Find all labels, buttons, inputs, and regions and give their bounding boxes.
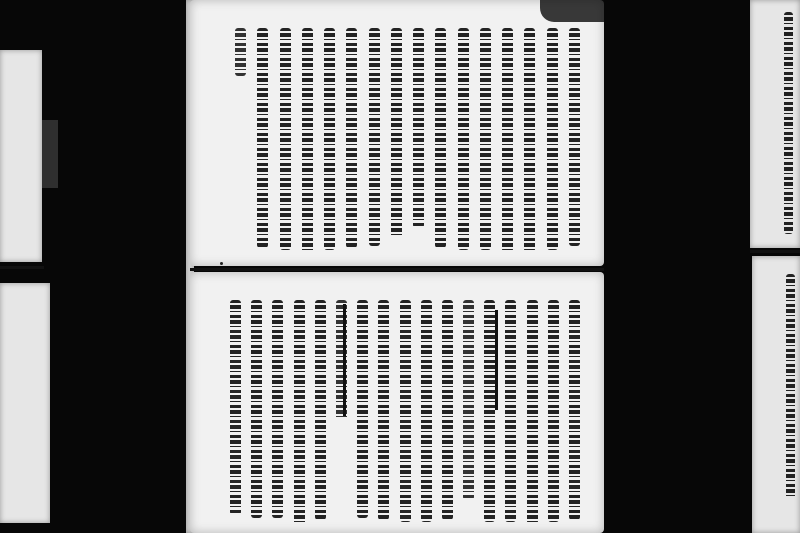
right-leaf-top xyxy=(750,0,800,248)
text-line xyxy=(569,28,580,246)
right-leaf-bottom xyxy=(752,256,800,533)
text-line xyxy=(480,28,491,250)
text-line xyxy=(294,300,305,525)
text-line xyxy=(272,300,283,518)
text-line xyxy=(302,28,313,253)
lower-page: Folio (lower) — handwritten Arabic text,… xyxy=(190,272,604,533)
lower-page-text-block xyxy=(230,300,580,525)
binding-shadow xyxy=(540,0,604,22)
text-line xyxy=(547,28,558,250)
text-line xyxy=(484,300,495,522)
upper-page-text-block xyxy=(235,28,580,253)
upper-page: Folio (upper) — handwritten Arabic text,… xyxy=(190,0,604,266)
text-line xyxy=(369,28,380,246)
text-line xyxy=(251,300,262,518)
page-tab-marker xyxy=(42,120,58,188)
left-leaf-divider xyxy=(0,266,44,269)
ink-spot xyxy=(220,262,223,265)
text-line xyxy=(391,28,402,238)
text-line xyxy=(357,300,368,518)
right-leaf-divider xyxy=(750,250,800,253)
text-line xyxy=(505,300,516,522)
text-line xyxy=(346,28,357,248)
text-line xyxy=(413,28,424,228)
text-line xyxy=(257,28,268,248)
text-line xyxy=(315,300,326,520)
text-line xyxy=(502,28,513,252)
text-line xyxy=(324,28,335,250)
text-line xyxy=(442,300,453,520)
text-line xyxy=(569,300,580,520)
text-line xyxy=(400,300,411,522)
text-line xyxy=(784,12,793,234)
text-line xyxy=(524,28,535,252)
text-line xyxy=(280,28,291,250)
text-line xyxy=(458,28,469,250)
text-line xyxy=(230,300,241,515)
section-bracket xyxy=(343,304,346,416)
left-leaf-top xyxy=(0,50,42,262)
text-line xyxy=(786,274,795,499)
text-line xyxy=(463,300,474,500)
page-fold-line xyxy=(190,268,604,271)
text-line xyxy=(548,300,559,522)
text-line xyxy=(421,300,432,522)
left-leaf-bottom xyxy=(0,283,50,523)
manuscript-scan: Folio (upper) — handwritten Arabic text,… xyxy=(0,0,800,533)
text-line xyxy=(235,28,246,76)
section-bracket xyxy=(495,310,498,410)
text-line xyxy=(435,28,446,248)
text-line xyxy=(378,300,389,520)
text-line xyxy=(527,300,538,524)
